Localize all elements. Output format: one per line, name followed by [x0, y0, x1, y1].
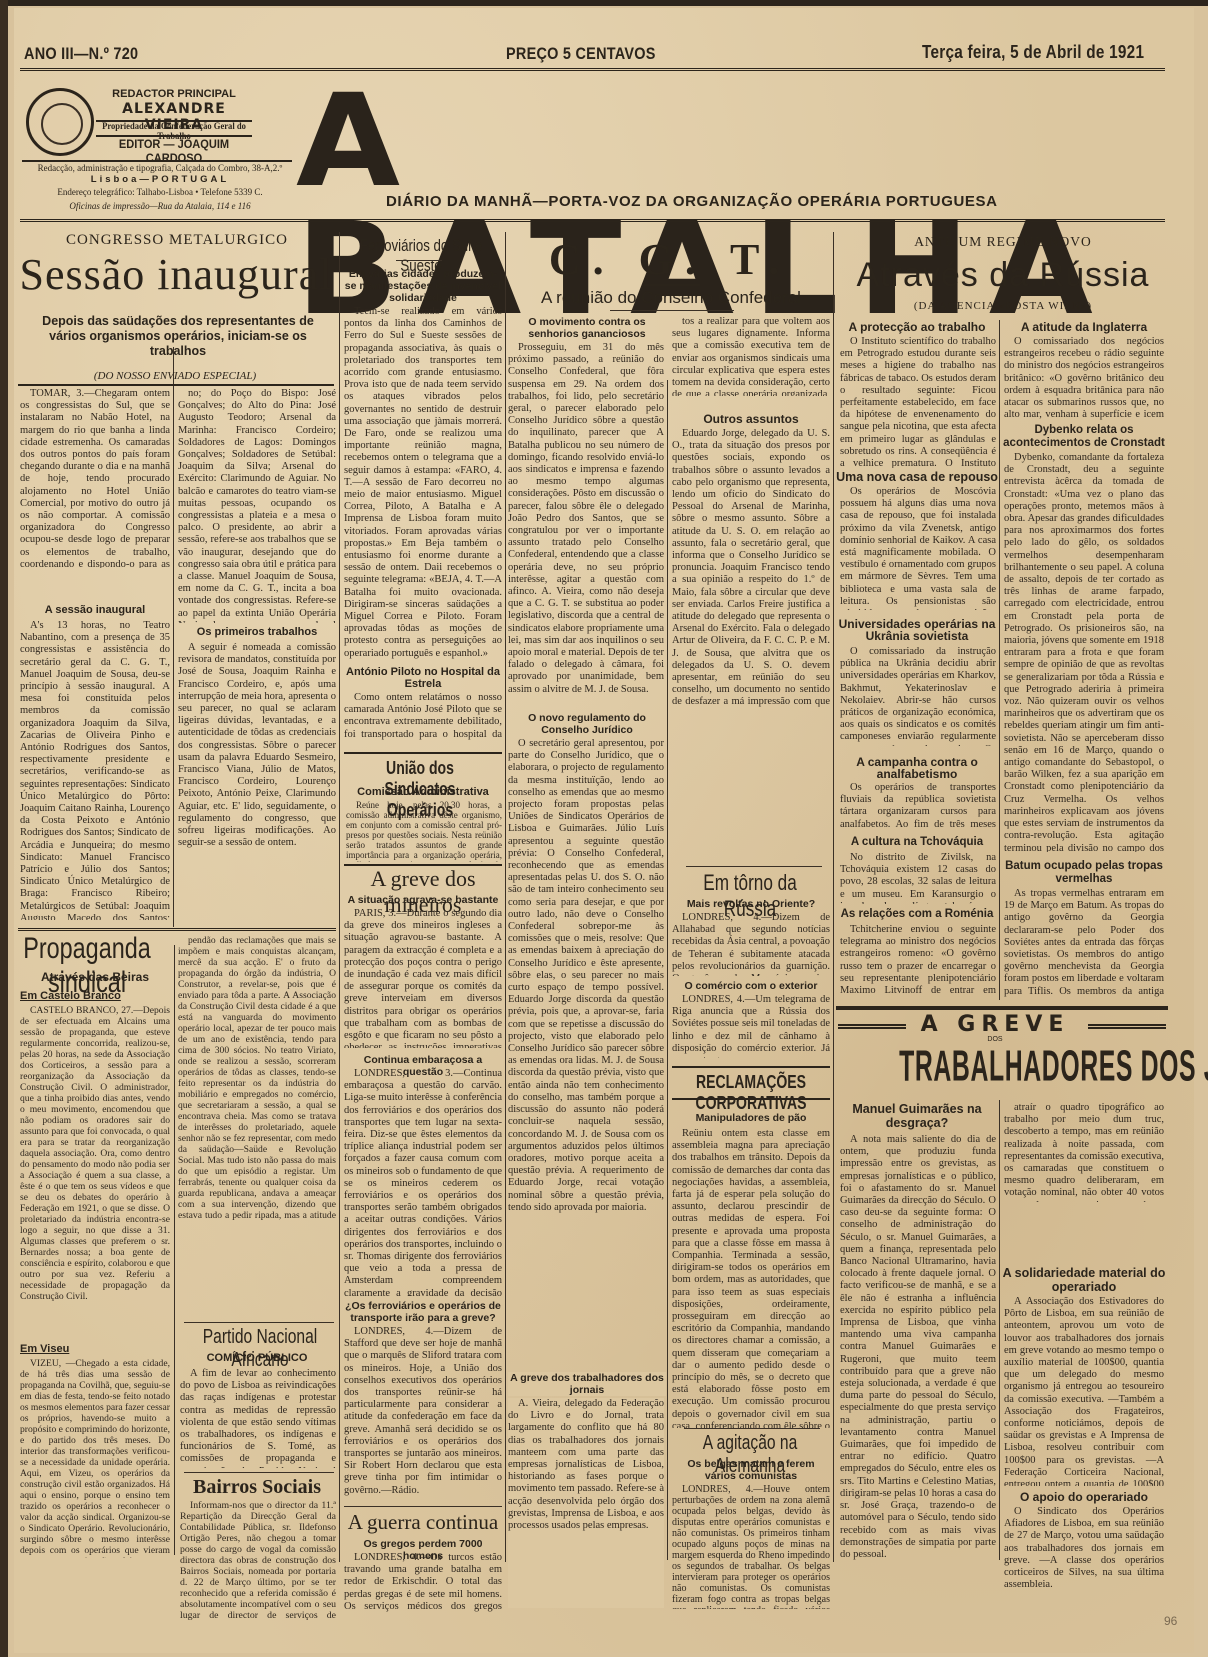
article-subhead: Os primeiros trabalhos	[178, 626, 336, 638]
article-body: Os operários de transportes fluviais da …	[840, 782, 996, 830]
cgt-seal-icon	[26, 88, 94, 156]
article-body: Teem-se realizado em vários pontos da li…	[344, 306, 502, 666]
article-body: A nota mais saliente do dia de ontem, qu…	[840, 1134, 996, 1574]
article-body: A fim de levar ao conhecimento do povo d…	[180, 1368, 336, 1468]
article-subhead: A campanha contra o analfabetismo	[836, 756, 998, 780]
article-subhead: A sessão inaugural	[20, 604, 170, 616]
article-deck: Os belgas matam e ferem vários comunista…	[672, 1458, 830, 1482]
article-kicker: CONGRESSO METALURGICO	[22, 232, 332, 249]
article-subhead: Manuel Guimarães na desgraça?	[836, 1102, 998, 1130]
article-body: pendão das reclamações que mais se impõe…	[178, 935, 336, 1220]
article-body: no; do Poço do Bispo: José Gonçalves; do…	[178, 388, 336, 623]
article-body: O comissariado dos negócios estrangeiros…	[1004, 336, 1164, 420]
article-body: VIZEU, —Chegado a esta cidade, de há trê…	[20, 1358, 170, 1558]
article-subhead: Batum ocupado pelas tropas vermelhas	[1002, 860, 1166, 886]
article-body: O Instituto scientífico do trabalho em P…	[840, 336, 996, 468]
article-place: Em Castelo Branco	[20, 990, 121, 1002]
article-body: No distrito de Zivilsk, na Tchováquia ex…	[840, 852, 996, 904]
city-line: Lisboa—PORTUGAL	[18, 174, 302, 186]
article-body: atraír o quadro tipográfico ao trabalho …	[1004, 1102, 1164, 1202]
article-body: Eduardo Jorge, delegado da U. S. O., tra…	[672, 428, 830, 708]
article-subhead: A cultura na Tchováquia	[836, 836, 998, 848]
article-deck: Em várias cidades produzem-se manifestaç…	[344, 268, 502, 304]
article-body: Os operários de Moscóvia possuem há algu…	[840, 486, 996, 610]
article-subhead: ¿Os ferroviários e operários de transpor…	[344, 1300, 502, 1324]
redactor-label: REDACTOR PRINCIPAL	[96, 88, 252, 100]
newspaper-subtitle: DIÁRIO DA MANHÃ—PORTA-VOZ DA ORGANIZAÇÃO…	[386, 193, 998, 210]
article-body: LONDRES, 4.—Um telegrama de Riga anuncia…	[672, 994, 830, 1058]
article-subhead: Dybenko relata os acontecimentos de Cron…	[1002, 424, 1166, 450]
article-body: As tropas vermelhas entraram em 19 de Ma…	[1004, 888, 1164, 998]
article-body: Tchitcherine enviou o seguinte telegrama…	[840, 924, 996, 998]
article-kicker: ANTE UM REGIME NOVO	[838, 234, 1168, 250]
article-body: LONDRES, 3.—Continua embaraçosa a questã…	[344, 1068, 502, 1296]
article-subhead: O movimento contra os senhorios ganancio…	[508, 316, 666, 340]
issue-date: Terça feira, 5 de Abril de 1921	[922, 42, 1144, 63]
article-subhead: Uma nova casa de repouso	[836, 470, 998, 484]
article-headline: Partido Nacional Africano	[188, 1326, 332, 1372]
article-headline: Bairros Sociais	[178, 1476, 336, 1499]
article-subhead: A atitude da Inglaterra	[1002, 320, 1166, 334]
article-body: Reüniu ontem esta classe em assembleia m…	[672, 1128, 830, 1428]
article-body: A Associação dos Estivadores do Pôrto de…	[1004, 1296, 1164, 1486]
article-body: PARIS, 3.—Durante o segundo dia da greve…	[344, 908, 502, 1048]
article-body: Prosseguiu, em 31 do mês próximo passado…	[508, 342, 664, 704]
article-subhead: A greve dos trabalhadores dos jornais	[508, 1372, 666, 1396]
article-subhead: COMÍCIO PÚBLICO	[178, 1352, 336, 1364]
article-body: LONDRES, 4.—Houve ontem perturbações de …	[672, 1484, 830, 1609]
article-body: O Sindicato dos Operários Afiadores de L…	[1004, 1506, 1164, 1606]
article-headline: Através da Rússia	[838, 256, 1168, 295]
masthead-top-rule	[20, 68, 1165, 71]
article-subhead: O novo regulamento do Conselho Jurídico	[508, 712, 666, 736]
article-deck: A situação agrava-se bastante	[344, 894, 502, 906]
article-subhead: As relações com a Roménia	[836, 908, 998, 920]
article-deck: Através das Beiras	[20, 970, 170, 984]
article-source: (DA AGENCIA «ROSTA WIEN»)	[838, 300, 1168, 312]
article-subhead: Mais revoltas no Oriente?	[672, 898, 830, 910]
article-headline: A guerra continua	[340, 1510, 506, 1535]
article-body: A's 13 horas, no Teatro Nabantino, com a…	[20, 620, 170, 920]
article-body: O secretário geral apresentou, por parte…	[508, 738, 664, 1286]
article-body: Como ontem relatámos o nosso camarada An…	[344, 692, 502, 740]
article-body: A seguir é nomeada a comissão revisora d…	[178, 642, 336, 922]
article-body: TOMAR, 3.—Chegaram ontem os congressista…	[20, 388, 170, 568]
article-subhead: A solidariedade material do operariado	[1002, 1266, 1166, 1294]
article-body: Informam-nos que o director da 11.ª Repa…	[180, 1500, 336, 1620]
article-body: Dybenko, comandante da fortaleza de Cron…	[1004, 452, 1164, 852]
page-binding-edge	[0, 0, 8, 1657]
article-body: tos a realizar para que voltem aos seus …	[672, 316, 830, 396]
article-body: CASTELO BRANCO, 27.—Depois de ser efectu…	[20, 1005, 170, 1335]
article-subhead: Manipuladores de pão	[672, 1112, 830, 1124]
page-top-edge	[0, 0, 1208, 6]
issue-number: ANO III—N.º 720	[24, 44, 138, 64]
workshops-line: Oficinas de impressão—Rua da Atalaia, 11…	[18, 200, 302, 212]
article-subhead: O comércio com o exterior	[672, 980, 830, 992]
page-number: 96	[1164, 1614, 1177, 1628]
article-kicker: A GREVE	[900, 1012, 1090, 1037]
article-body: Reúne hoje, pelas 20,30 horas, a comissã…	[346, 800, 502, 862]
article-subhead: A protecção ao trabalho	[838, 320, 996, 334]
article-deck: Depois das saüdações dos representantes …	[28, 314, 328, 359]
address-line: Redacção, administração e tipografia, Ca…	[18, 163, 302, 174]
article-byline: (DO NOSSO ENVIADO ESPECIAL)	[20, 370, 330, 382]
article-subhead: Comissão Administrativa	[344, 786, 502, 798]
article-body: LONDRES, 4.—Os turcos estão travando uma…	[344, 1552, 502, 1612]
article-place: Em Viseu	[20, 1343, 69, 1355]
article-headline: TRABALHADORES DOS JORNAIS	[899, 1040, 1105, 1093]
price: PREÇO 5 CENTAVOS	[506, 44, 656, 64]
masthead-bottom-rule	[20, 219, 1165, 222]
article-body: LONDRES, 4.—Dizem de Allahabad que segun…	[672, 912, 830, 976]
article-body: A. Vieira, delegado da Federação do Livr…	[508, 1398, 664, 1608]
article-subhead: A reunião do Conselho Confederal	[508, 288, 834, 308]
article-subhead: Outros assuntos	[672, 412, 830, 426]
article-headline: Sessão inaugural	[16, 250, 336, 300]
article-headline: RECLAMAÇÕES CORPORATIVAS	[661, 1072, 840, 1114]
article-body: O comissariado da instrução pública na U…	[840, 646, 996, 746]
article-subhead: António Piloto no Hospital da Estrela	[344, 666, 502, 690]
telegraph-line: Endereço telegráfico: Talhabo-Lisboa • T…	[18, 186, 302, 198]
article-subhead: Universidades operárias na Ukrânia sovie…	[836, 618, 998, 642]
article-subhead: O apoio do operariado	[1002, 1490, 1166, 1504]
article-headline: C. G. T.	[510, 234, 830, 285]
article-body: LONDRES, 4.—Dizem de Stafford que deve s…	[344, 1326, 502, 1502]
